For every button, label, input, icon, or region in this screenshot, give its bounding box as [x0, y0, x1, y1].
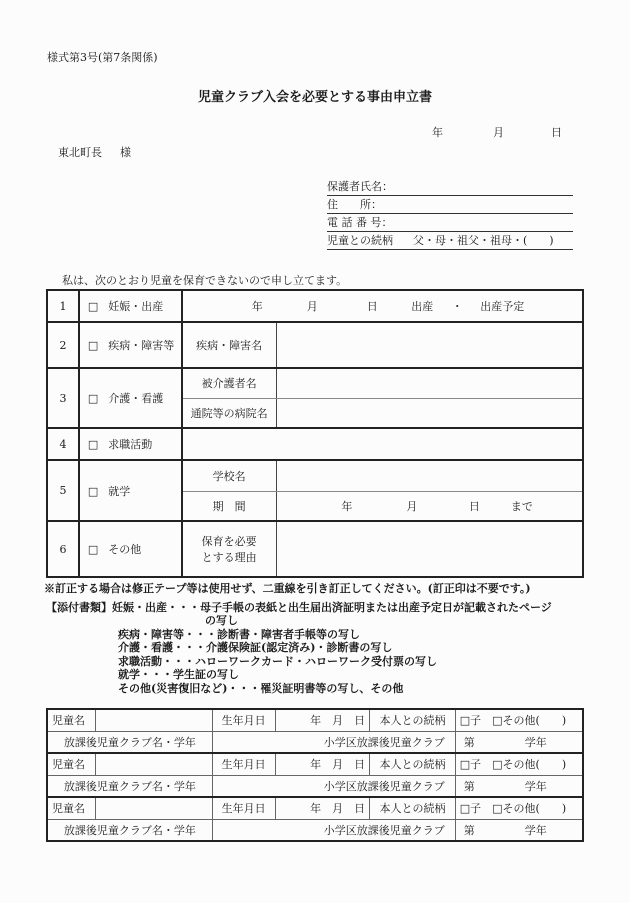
attachment-item: の写し: [205, 614, 238, 627]
birth-option[interactable]: 出産: [402, 298, 442, 314]
checkbox-icon[interactable]: □: [88, 438, 98, 451]
child-row: 児童名 生年月日 年 月 日 本人との続柄 □子 □その他( ): [47, 709, 583, 731]
club-input[interactable]: 小学区放課後児童クラブ: [212, 775, 455, 797]
reason-other[interactable]: □その他: [79, 521, 182, 577]
guardian-relation-label: 児童との続柄: [327, 234, 393, 248]
year-label: 年: [317, 498, 377, 514]
due-option[interactable]: 出産予定: [472, 298, 532, 314]
club-label: 放課後児童クラブ名・学年: [47, 819, 212, 841]
dob-input[interactable]: 年 月 日: [275, 709, 370, 731]
attachment-item: 疾病・障害等・・・診断書・障害者手帳等の写し: [118, 628, 360, 641]
reason-label: 介護・看護: [108, 392, 163, 405]
guardian-address-label: 住 所：: [327, 198, 382, 212]
checkbox-icon[interactable]: □: [88, 300, 98, 313]
guardian-address-field[interactable]: 住 所：: [327, 198, 573, 214]
until-label: まで: [502, 498, 542, 514]
guardian-relation-options: 父・母・祖父・祖母・( ): [413, 234, 554, 248]
row-number: 3: [47, 368, 79, 428]
reason-row-2: 2 □疾病・障害等 疾病・障害名: [47, 322, 583, 368]
correction-note: ※訂正する場合は修正テープ等は使用せず、二重線を引き訂正してください。(訂正印は…: [44, 580, 531, 596]
other-reason-input[interactable]: [276, 521, 583, 577]
form-number: 様式第3号(第7条関係): [47, 49, 158, 65]
checkbox-icon[interactable]: □: [88, 392, 98, 405]
child-name-label: 児童名: [47, 709, 96, 731]
reason-row-6: 6 □その他 保育を必要とする理由: [47, 521, 583, 577]
day-label: 日: [447, 498, 502, 514]
grade-prefix: 第: [464, 736, 475, 749]
relation-label: 本人との続柄: [370, 797, 456, 819]
club-input[interactable]: 小学区放課後児童クラブ: [212, 819, 455, 841]
school-name-input[interactable]: [276, 460, 583, 491]
grade-suffix: 学年: [525, 736, 547, 749]
grade-input[interactable]: 第学年: [455, 819, 583, 841]
dob-label: 生年月日: [212, 797, 275, 819]
field-label: 保育を必要とする理由: [182, 521, 277, 577]
grade-input[interactable]: 第学年: [455, 731, 583, 753]
reason-row-4: 4 □求職活動: [47, 428, 583, 460]
reason-label: 就学: [108, 485, 130, 498]
reasons-table: 1 □妊娠・出産 年月日出産・出産予定 2 □疾病・障害等 疾病・障害名 3 □…: [46, 289, 584, 578]
field-label: 通院等の病院名: [182, 398, 277, 428]
relation-options[interactable]: □子 □その他( ): [455, 709, 583, 731]
day-label: 日: [342, 298, 402, 314]
hospital-name-input[interactable]: [276, 398, 583, 428]
field-label: 疾病・障害名: [182, 322, 277, 368]
reason-row-5: 5 □就学 学校名: [47, 460, 583, 491]
child-name-label: 児童名: [47, 753, 96, 775]
reason-label: 求職活動: [108, 438, 152, 451]
child-club-row: 放課後児童クラブ名・学年 小学区放課後児童クラブ 第学年: [47, 731, 583, 753]
dob-label: 生年月日: [212, 709, 275, 731]
relation-options[interactable]: □子 □その他( ): [455, 797, 583, 819]
dob-input[interactable]: 年 月 日: [275, 753, 370, 775]
separator: ・: [442, 298, 472, 314]
addressee: 東北町長様: [58, 144, 131, 160]
child-name-input[interactable]: [96, 709, 212, 731]
reason-nursing-care[interactable]: □介護・看護: [79, 368, 182, 428]
reason-label: 妊娠・出産: [108, 300, 163, 313]
child-name-input[interactable]: [96, 797, 212, 819]
reason-illness[interactable]: □疾病・障害等: [79, 322, 182, 368]
child-name-label: 児童名: [47, 797, 96, 819]
attachment-item: 介護・看護・・・介護保険証(認定済み)・診断書の写し: [118, 641, 392, 654]
reason-label: 疾病・障害等: [108, 339, 174, 352]
job-seeking-details[interactable]: [182, 428, 583, 460]
year-label: 年: [232, 298, 282, 314]
relation-options[interactable]: □子 □その他( ): [455, 753, 583, 775]
month-label: 月: [282, 298, 342, 314]
reason-pregnancy[interactable]: □妊娠・出産: [79, 290, 182, 322]
month-label: 月: [377, 498, 447, 514]
relation-label: 本人との続柄: [370, 709, 456, 731]
guardian-name-label: 保護者氏名：: [327, 180, 393, 194]
relation-label: 本人との続柄: [370, 753, 456, 775]
grade-input[interactable]: 第学年: [455, 775, 583, 797]
child-club-row: 放課後児童クラブ名・学年 小学区放課後児童クラブ 第学年: [47, 775, 583, 797]
guardian-phone-label: 電 話 番 号：: [327, 216, 393, 230]
row-number: 1: [47, 290, 79, 322]
child-club-row: 放課後児童クラブ名・学年 小学区放課後児童クラブ 第学年: [47, 819, 583, 841]
dob-label: 生年月日: [212, 753, 275, 775]
row-number: 4: [47, 428, 79, 460]
child-row: 児童名 生年月日 年 月 日 本人との続柄 □子 □その他( ): [47, 753, 583, 775]
checkbox-icon[interactable]: □: [88, 339, 98, 352]
field-label: 被介護者名: [182, 368, 277, 398]
children-table: 児童名 生年月日 年 月 日 本人との続柄 □子 □その他( ) 放課後児童クラ…: [46, 708, 584, 842]
reason-row-3: 3 □介護・看護 被介護者名: [47, 368, 583, 398]
field-label: 期 間: [182, 491, 277, 521]
attachments-heading-line: 【添付書類】妊娠・出産・・・母子手帳の表紙と出生届出済証明または出産予定日が記載…: [46, 601, 552, 614]
grade-prefix: 第: [464, 824, 475, 837]
attachment-item: 就学・・・学生証の写し: [118, 668, 239, 681]
guardian-name-field[interactable]: 保護者氏名：: [327, 180, 573, 196]
grade-suffix: 学年: [525, 824, 547, 837]
reason-label: その他: [108, 543, 141, 556]
guardian-phone-field[interactable]: 電 話 番 号：: [327, 216, 573, 232]
birth-date-field[interactable]: 年月日出産・出産予定: [182, 290, 583, 322]
club-label: 放課後児童クラブ名・学年: [47, 731, 212, 753]
reason-row-1: 1 □妊娠・出産 年月日出産・出産予定: [47, 290, 583, 322]
grade-suffix: 学年: [525, 780, 547, 793]
field-label-line2: とする理由: [183, 549, 276, 565]
reason-job-seeking[interactable]: □求職活動: [79, 428, 182, 460]
club-input[interactable]: 小学区放課後児童クラブ: [212, 731, 455, 753]
attachment-item: 妊娠・出産・・・母子手帳の表紙と出生届出済証明または出産予定日が記載されたページ: [112, 601, 552, 614]
date-month-label: 月: [493, 124, 504, 140]
date-day-label: 日: [551, 124, 562, 140]
checkbox-icon[interactable]: □: [88, 543, 98, 556]
attachment-item: 求職活動・・・ハローワークカード・ハローワーク受付票の写し: [118, 655, 437, 668]
child-row: 児童名 生年月日 年 月 日 本人との続柄 □子 □その他( ): [47, 797, 583, 819]
addressee-name: 東北町長: [58, 146, 102, 159]
care-recipient-input[interactable]: [276, 368, 583, 398]
attachment-item: その他(災害復旧など)・・・罹災証明書等の写し、その他: [118, 682, 403, 695]
child-name-input[interactable]: [96, 753, 212, 775]
honorific: 様: [120, 146, 131, 159]
guardian-relation-field[interactable]: 児童との続柄父・母・祖父・祖母・( ): [327, 234, 573, 250]
row-number: 6: [47, 521, 79, 577]
grade-prefix: 第: [464, 780, 475, 793]
checkbox-icon[interactable]: □: [88, 485, 98, 498]
document-title: 児童クラブ入会を必要とする事由申立書: [0, 86, 630, 105]
illness-name-input[interactable]: [276, 322, 583, 368]
attachments-heading: 【添付書類】: [46, 601, 112, 614]
intro-statement: 私は、次のとおり児童を保育できないので申し立てます。: [62, 272, 347, 288]
date-year-label: 年: [432, 124, 443, 140]
field-label: 学校名: [182, 460, 277, 491]
row-number: 5: [47, 460, 79, 521]
row-number: 2: [47, 322, 79, 368]
period-field[interactable]: 年月日まで: [276, 491, 583, 521]
field-label-line1: 保育を必要: [183, 533, 276, 549]
reason-schooling[interactable]: □就学: [79, 460, 182, 521]
club-label: 放課後児童クラブ名・学年: [47, 775, 212, 797]
dob-input[interactable]: 年 月 日: [275, 797, 370, 819]
